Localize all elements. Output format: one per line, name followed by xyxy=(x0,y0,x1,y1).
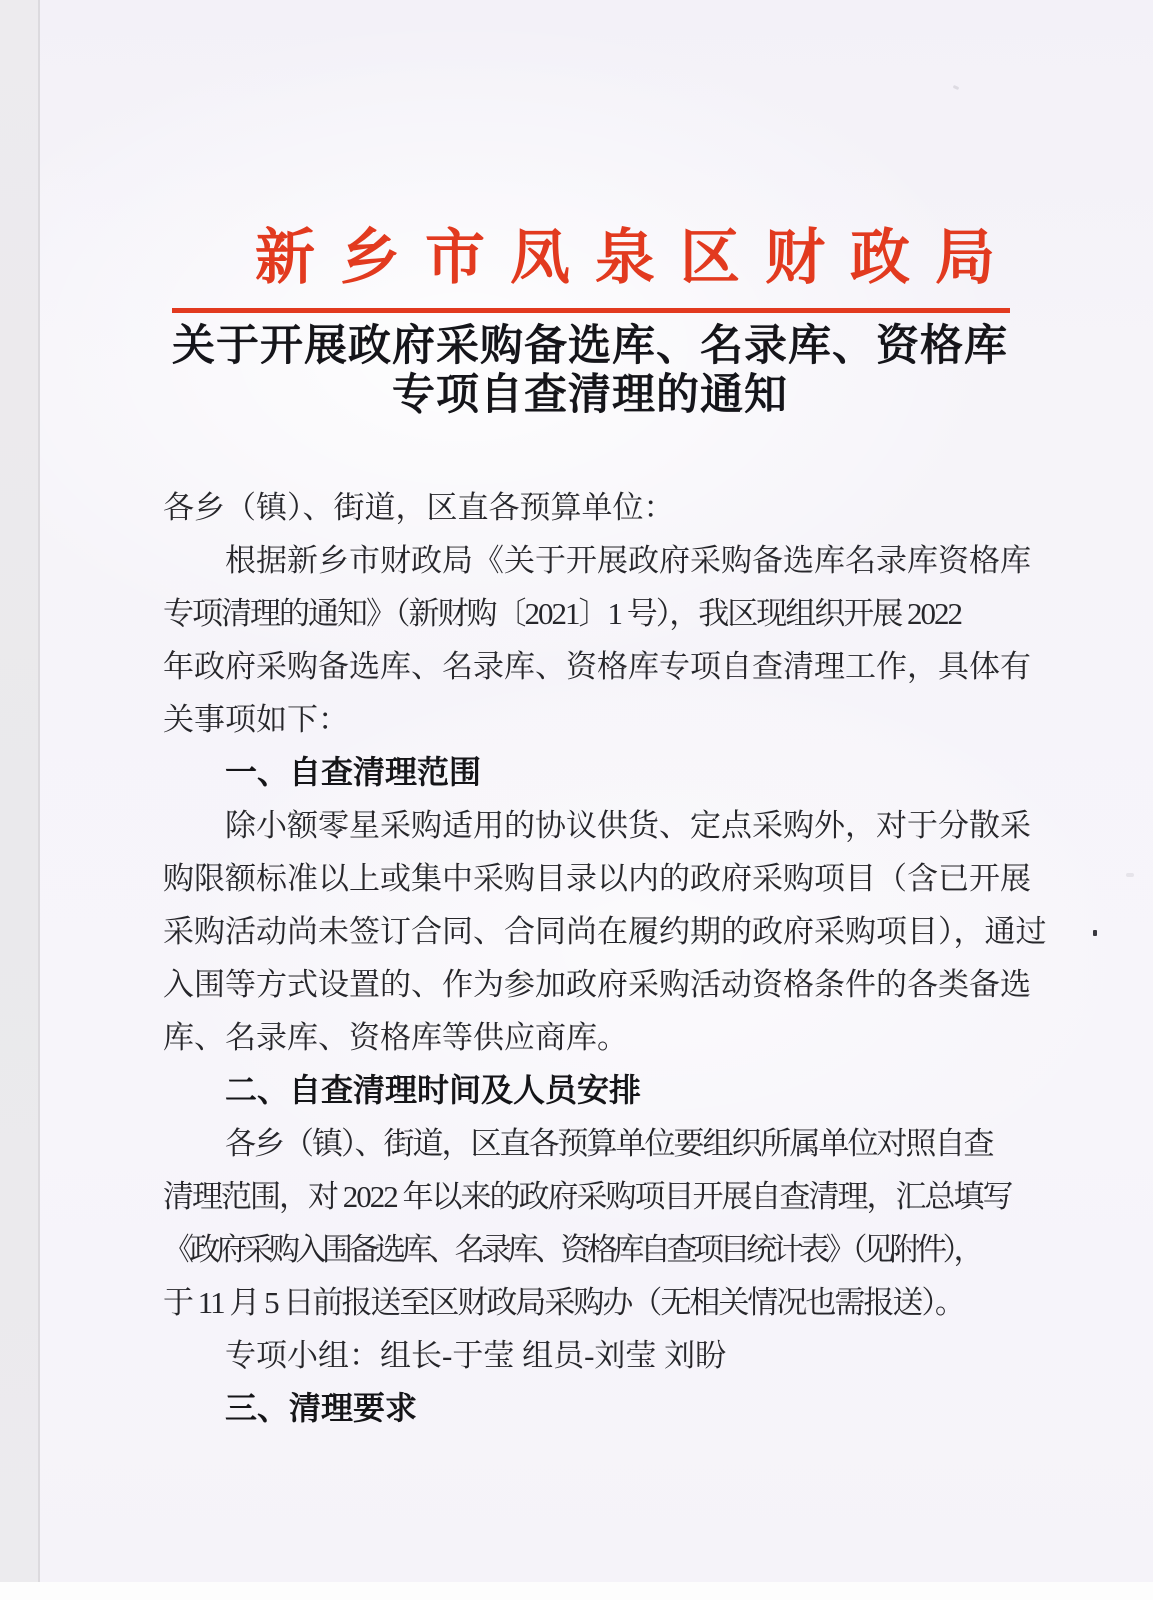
ink-speck xyxy=(1093,930,1097,936)
body-text-line: 关事项如下： xyxy=(163,693,1025,746)
body-text-line: 各乡（镇）、街道，区直各预算单位要组织所属单位对照自查 xyxy=(163,1117,1025,1170)
section-heading-line: 一、自查清理范围 xyxy=(163,746,1025,799)
header-divider-rule xyxy=(172,308,1010,313)
body-text-line: 年政府采购备选库、名录库、资格库专项自查清理工作，具体有 xyxy=(163,640,1025,693)
body-text-line: 专项小组：组长-于莹 组员-刘莹 刘盼 xyxy=(163,1329,1025,1382)
body-text-line: 于 11 月 5 日前报送至区财政局采购办（无相关情况也需报送）。 xyxy=(163,1276,1025,1329)
body-text-line: 各乡（镇）、街道，区直各预算单位： xyxy=(163,481,1025,534)
scanned-page: 新乡市凤泉区财政局 关于开展政府采购备选库、名录库、资格库 专项自查清理的通知 … xyxy=(0,0,1153,1600)
document-title: 关于开展政府采购备选库、名录库、资格库 专项自查清理的通知 xyxy=(150,322,1030,420)
body-text-line: 《政府采购入围备选库、名录库、资格库自查项目统计表》（见附件）， xyxy=(163,1223,1025,1276)
section-heading-line: 三、清理要求 xyxy=(163,1382,1025,1435)
body-text-line: 购限额标准以上或集中采购目录以内的政府采购项目（含已开展 xyxy=(163,852,1025,905)
body-text-line: 库、名录库、资格库等供应商库。 xyxy=(163,1011,1025,1064)
document-body: 各乡（镇）、街道，区直各预算单位：根据新乡市财政局《关于开展政府采购备选库名录库… xyxy=(163,481,1025,1435)
body-text-line: 清理范围，对 2022 年以来的政府采购项目开展自查清理，汇总填写 xyxy=(163,1170,1025,1223)
agency-header-title: 新乡市凤泉区财政局 xyxy=(255,226,1020,290)
scanner-left-edge xyxy=(0,0,40,1582)
body-text-line: 入围等方式设置的、作为参加政府采购活动资格条件的各类备选 xyxy=(163,958,1025,1011)
body-text-line: 根据新乡市财政局《关于开展政府采购备选库名录库资格库 xyxy=(163,534,1025,587)
document-title-line-1: 关于开展政府采购备选库、名录库、资格库 xyxy=(150,322,1030,371)
body-text-line: 除小额零星采购适用的协议供货、定点采购外，对于分散采 xyxy=(163,799,1025,852)
document-title-line-2: 专项自查清理的通知 xyxy=(150,371,1030,420)
section-heading-line: 二、自查清理时间及人员安排 xyxy=(163,1064,1025,1117)
body-text-line: 采购活动尚未签订合同、合同尚在履约期的政府采购项目），通过 xyxy=(163,905,1025,958)
scan-speck xyxy=(1126,873,1134,877)
body-text-line: 专项清理的通知》（新财购〔2021〕1 号），我区现组织开展 2022 xyxy=(163,587,1025,640)
